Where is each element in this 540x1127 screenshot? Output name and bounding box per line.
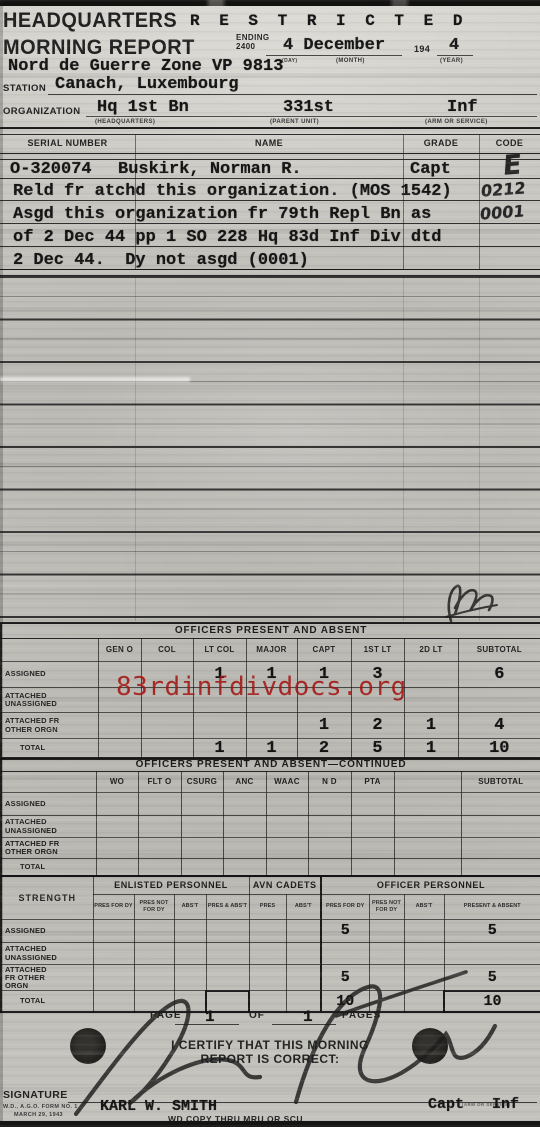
- morning-report-scan: { "header": { "headquarters": "HEADQUART…: [0, 0, 540, 1127]
- signature-scrawl: [76, 972, 495, 1114]
- handwriting-overlay: [0, 0, 540, 1127]
- scan-bottom-edge: [0, 1121, 540, 1127]
- initials-mark: [446, 586, 497, 621]
